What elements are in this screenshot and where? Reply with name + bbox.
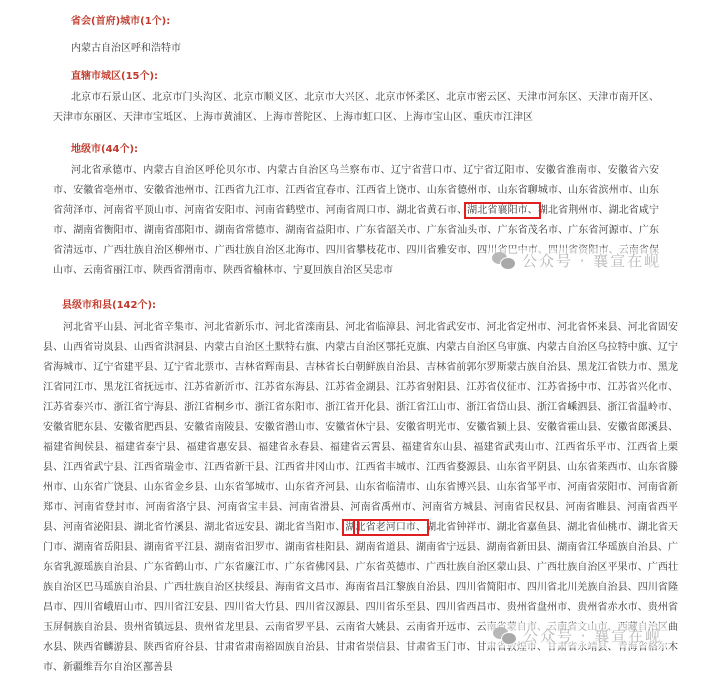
watermark-top: 公众号 · 襄宣在岘 — [486, 248, 667, 273]
wechat-icon — [492, 252, 516, 270]
section-heading-capital: 省会(首府)城市(1个): — [71, 12, 170, 27]
municipal-list: 北京市石景山区、北京市门头沟区、北京市顺义区、北京市大兴区、北京市怀柔区、北京市… — [53, 88, 659, 128]
wechat-icon — [493, 627, 517, 645]
watermark-bottom: 公众号 · 襄宣在岘 — [487, 623, 668, 648]
watermark-text: 公众号 · 襄宣在岘 — [522, 250, 661, 271]
section-heading-prefecture: 地级市(44个): — [71, 140, 138, 155]
highlighted-city-laohekou-part1: 湖 — [345, 522, 355, 533]
capital-list: 内蒙古自治区呼和浩特市 — [71, 39, 181, 54]
county-text-before: 河北省平山县、河北省辛集市、河北省新乐市、河北省滦南县、河北省临漳县、河北省武安… — [43, 322, 678, 533]
watermark-text: 公众号 · 襄宣在岘 — [523, 625, 662, 646]
highlighted-city-laohekou-part2: 北省老河口市、 — [356, 522, 427, 533]
section-heading-municipal: 直辖市城区(15个): — [71, 67, 158, 82]
section-heading-county: 县级市和县(142个): — [62, 296, 156, 311]
highlighted-city-xiangyang: 湖北省襄阳市、 — [467, 205, 538, 216]
county-text-after: 湖北省钟祥市、湖北省嘉鱼县、湖北省仙桃市、湖北省天门市、湖南省岳阳县、湖南省平江… — [43, 522, 678, 673]
